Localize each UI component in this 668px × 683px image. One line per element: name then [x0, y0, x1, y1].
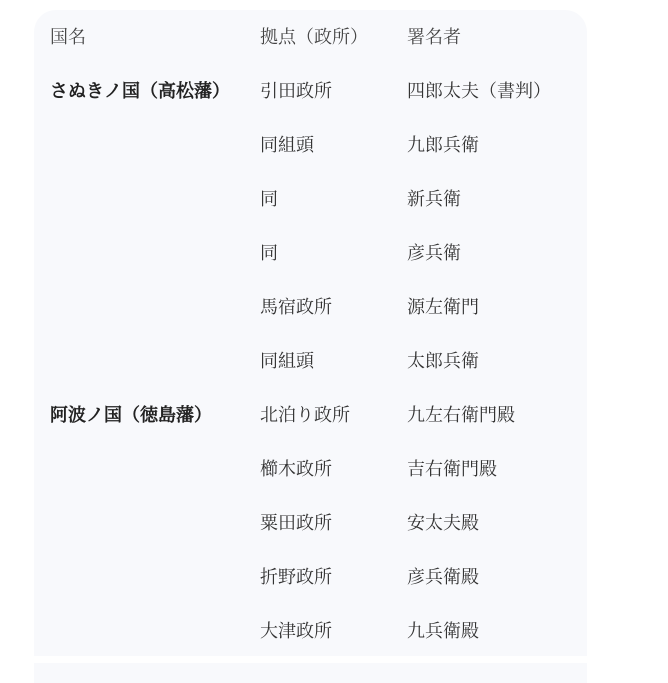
province-cell [34, 441, 256, 495]
province-cell [34, 171, 256, 225]
signer-cell: 九左右衛門殿 [403, 387, 587, 441]
table-row: 阿波ノ国（徳島藩） 北泊り政所 九左右衛門殿 [34, 387, 587, 441]
signers-table: 国名 拠点（政所） 署名者 さぬきノ国（高松藩） 引田政所 四郎太夫（書判） 同… [34, 9, 587, 657]
header-base: 拠点（政所） [256, 9, 403, 63]
province-cell: さぬきノ国（高松藩） [34, 63, 256, 117]
header-signer: 署名者 [403, 9, 587, 63]
base-cell: 同組頭 [256, 117, 403, 171]
signer-cell: 安太夫殿 [403, 495, 587, 549]
table-row: 櫛木政所 吉右衛門殿 [34, 441, 587, 495]
base-cell: 同組頭 [256, 333, 403, 387]
province-cell [34, 495, 256, 549]
base-cell: 大津政所 [256, 603, 403, 657]
table-row: 同組頭 太郎兵衛 [34, 333, 587, 387]
table-row: 折野政所 彦兵衛殿 [34, 549, 587, 603]
base-cell: 同 [256, 171, 403, 225]
province-cell [34, 225, 256, 279]
base-cell: 同 [256, 225, 403, 279]
base-cell: 馬宿政所 [256, 279, 403, 333]
signer-cell: 四郎太夫（書判） [403, 63, 587, 117]
base-cell: 北泊り政所 [256, 387, 403, 441]
header-province: 国名 [34, 9, 256, 63]
table-header-row: 国名 拠点（政所） 署名者 [34, 9, 587, 63]
province-cell [34, 333, 256, 387]
signer-cell: 吉右衛門殿 [403, 441, 587, 495]
signer-cell: 源左衛門 [403, 279, 587, 333]
next-card [34, 663, 587, 668]
signer-cell: 彦兵衛殿 [403, 549, 587, 603]
base-cell: 粟田政所 [256, 495, 403, 549]
province-cell [34, 549, 256, 603]
province-cell [34, 117, 256, 171]
table-row: 大津政所 九兵衛殿 [34, 603, 587, 657]
table-row: 同 彦兵衛 [34, 225, 587, 279]
table-row: さぬきノ国（高松藩） 引田政所 四郎太夫（書判） [34, 63, 587, 117]
base-cell: 櫛木政所 [256, 441, 403, 495]
table-row: 粟田政所 安太夫殿 [34, 495, 587, 549]
signer-cell: 彦兵衛 [403, 225, 587, 279]
signer-cell: 太郎兵衛 [403, 333, 587, 387]
table-row: 馬宿政所 源左衛門 [34, 279, 587, 333]
base-cell: 折野政所 [256, 549, 403, 603]
signer-cell: 九兵衛殿 [403, 603, 587, 657]
table-row: 同組頭 九郎兵衛 [34, 117, 587, 171]
signer-cell: 九郎兵衛 [403, 117, 587, 171]
province-cell [34, 603, 256, 657]
signer-cell: 新兵衛 [403, 171, 587, 225]
province-cell [34, 279, 256, 333]
province-cell: 阿波ノ国（徳島藩） [34, 387, 256, 441]
table-row: 同 新兵衛 [34, 171, 587, 225]
base-cell: 引田政所 [256, 63, 403, 117]
